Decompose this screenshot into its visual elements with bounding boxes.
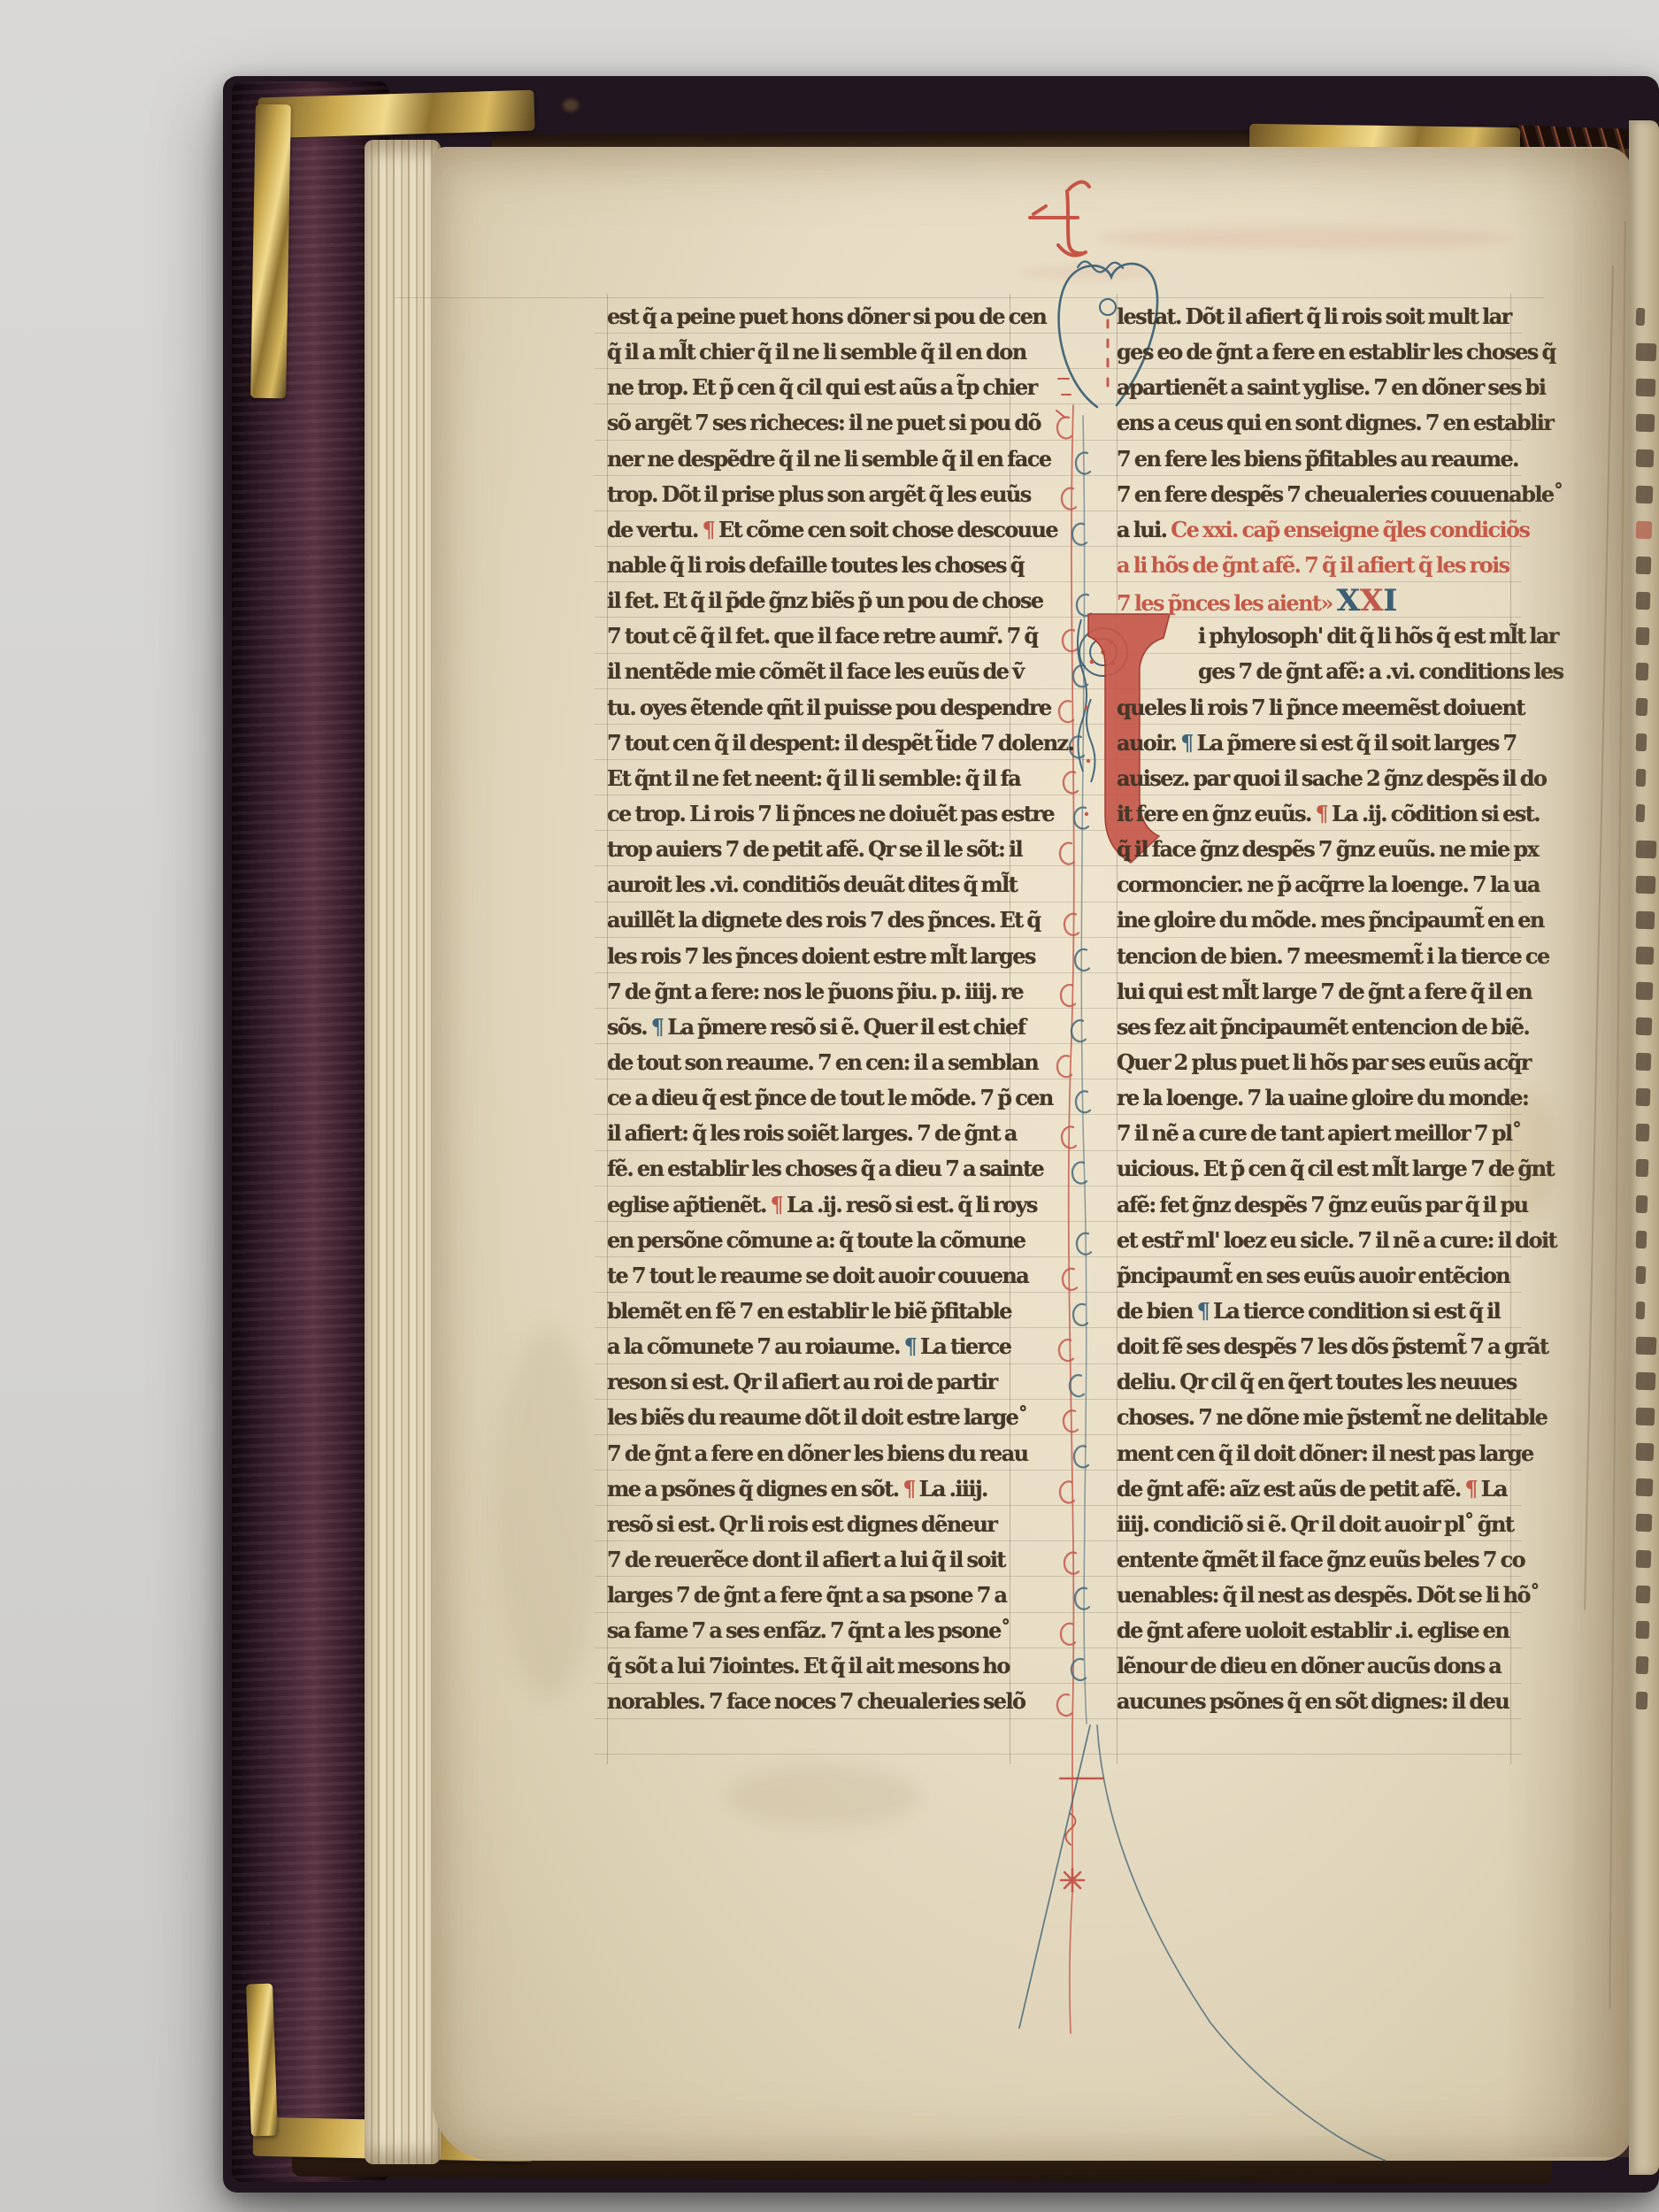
text-line: de vertu. ¶ Et cõme cen soit chose desco… bbox=[607, 512, 1030, 548]
body-text: sa fame 7 a ses enfãz. 7 q̃nt a les pson… bbox=[607, 1617, 1010, 1643]
body-text: ne trop. Et p̃ cen q̃ cil qui est aũs a … bbox=[607, 374, 1037, 400]
body-text: q̃ sõt a lui 7iointes. Et q̃ il ait meso… bbox=[607, 1653, 1010, 1678]
body-text: uenables: q̃ il nest as despẽs. Dõt se l… bbox=[1117, 1582, 1539, 1608]
body-text: resõ si est. Qr li rois est dignes dẽneu… bbox=[607, 1511, 996, 1537]
text-line: 7 en fere despẽs 7 cheualeries couuenabl… bbox=[1117, 477, 1517, 512]
text-line: est q̃ a peine puet hons dõner si pou de… bbox=[607, 299, 1030, 334]
text-line: deliu. Qr cil q̃ en q̃ert toutes les neu… bbox=[1117, 1364, 1517, 1400]
chapter-number: X bbox=[1337, 583, 1360, 618]
text-line: ges 7 de g̃nt afẽ: a .vi. conditions les bbox=[1117, 654, 1517, 689]
text-line: a li hõs de g̃nt afẽ. 7 q̃ il afiert q̃ … bbox=[1117, 548, 1517, 583]
text-line: 7 tout cẽ q̃ il fet. que il face retre a… bbox=[607, 618, 1030, 654]
body-text: ens a ceus qui en sont dignes. 7 en esta… bbox=[1117, 410, 1553, 435]
rubric-text: ¶ bbox=[1464, 1476, 1480, 1502]
text-line: Quer 2 plus puet li hõs par ses euũs acq… bbox=[1117, 1045, 1517, 1080]
body-text: iiij. condiciõ si ẽ. Qr il doit auoir pl… bbox=[1117, 1511, 1513, 1537]
body-text: 7 en fere les biens p̃fitables au reaume… bbox=[1117, 446, 1518, 472]
text-line: 7 les p̃nces les aient» XXI bbox=[1117, 583, 1517, 618]
body-text: ¶ bbox=[1197, 1298, 1213, 1324]
body-text: Et q̃nt il ne fet neent: q̃ il li semble… bbox=[607, 765, 1020, 791]
text-line: norables. 7 face noces 7 cheualeries sel… bbox=[607, 1684, 1030, 1719]
body-text: it fere en g̃nz euũs. bbox=[1117, 801, 1316, 826]
body-text: ine gloire du mõde. mes p̃ncipaumt̃ en e… bbox=[1117, 907, 1544, 933]
text-line: 7 tout cen q̃ il despent: il despẽt t̃id… bbox=[607, 726, 1030, 761]
body-text: tu. oyes ẽtende qñt il puisse pou despen… bbox=[607, 695, 1051, 720]
body-text: lui qui est ml̃t large 7 de g̃nt a fere … bbox=[1117, 979, 1532, 1004]
text-line: de bien ¶ La tierce condition si est q̃ … bbox=[1117, 1294, 1517, 1329]
text-line: sõs. ¶ La p̃mere resõ si ẽ. Quer il est … bbox=[607, 1010, 1030, 1045]
text-line: trop auiers 7 de petit afẽ. Qr se il le … bbox=[607, 832, 1030, 867]
body-text: ce trop. Li rois 7 li p̃nces ne doiuẽt p… bbox=[607, 801, 1054, 826]
body-text: et estr̃ ml' loez eu sicle. 7 il nẽ a cu… bbox=[1117, 1227, 1556, 1253]
text-line: me a psõnes q̃ dignes en sõt. ¶ La .iiij… bbox=[607, 1471, 1030, 1507]
text-line: ges eo de g̃nt a fere en establir les ch… bbox=[1117, 334, 1517, 370]
text-line: les rois 7 les p̃nces doient estre ml̃t … bbox=[607, 939, 1030, 974]
body-text: de bien bbox=[1117, 1298, 1197, 1324]
body-text: sõ argẽt 7 ses richeces: il ne puet si p… bbox=[607, 410, 1041, 435]
text-line: 7 de reuerẽce dont il afiert a lui q̃ il… bbox=[607, 1542, 1030, 1578]
body-text: entente q̃mẽt il face g̃nz euũs beles 7 … bbox=[1117, 1547, 1525, 1572]
text-line: resõ si est. Qr li rois est dignes dẽneu… bbox=[607, 1507, 1030, 1542]
text-line: te 7 tout le reaume se doit auoir couuen… bbox=[607, 1258, 1030, 1294]
body-text: ¶ bbox=[651, 1014, 667, 1040]
text-line: 7 de g̃nt a fere: nos le p̃uons p̃iu. p.… bbox=[607, 974, 1030, 1010]
text-line: q̃ sõt a lui 7iointes. Et q̃ il ait meso… bbox=[607, 1648, 1030, 1684]
body-text: q̃ il a ml̃t chier q̃ il ne li semble q̃… bbox=[607, 339, 1026, 365]
text-line: cormoncier. ne p̃ acq̃rre la loenge. 7 l… bbox=[1117, 867, 1517, 902]
text-line: eglise ap̃tienẽt. ¶ La .ij. resõ si est.… bbox=[607, 1187, 1030, 1223]
body-text: de g̃nt afẽ: aĩz est aũs de petit afẽ. bbox=[1117, 1476, 1464, 1502]
text-line: ine gloire du mõde. mes p̃ncipaumt̃ en e… bbox=[1117, 902, 1517, 938]
body-text: La bbox=[1481, 1476, 1507, 1502]
body-text: eglise ap̃tienẽt. bbox=[607, 1192, 771, 1217]
body-text: ner ne despẽdre q̃ il ne li semble q̃ il… bbox=[607, 446, 1051, 472]
text-line: lẽnour de dieu en dõner aucũs dons a bbox=[1117, 1648, 1517, 1684]
text-line: apartienẽt a saint yglise. 7 en dõner se… bbox=[1117, 370, 1517, 405]
body-text: queles li rois 7 li p̃nce meemẽst doiuen… bbox=[1117, 695, 1525, 720]
body-text: ses fez ait p̃ncipaumẽt entencion de biẽ… bbox=[1117, 1014, 1529, 1040]
body-text: apartienẽt a saint yglise. 7 en dõner se… bbox=[1117, 374, 1545, 400]
body-text: auillẽt la dignete des rois 7 des p̃nces… bbox=[607, 907, 1041, 933]
text-line: q̃ il a ml̃t chier q̃ il ne li semble q̃… bbox=[607, 334, 1030, 370]
chapter-number: I bbox=[1383, 583, 1397, 618]
text-line: de g̃nt afere uoloit establir .i. eglise… bbox=[1117, 1613, 1517, 1648]
body-text: fẽ. en establir les choses q̃ a dieu 7 a… bbox=[607, 1156, 1043, 1181]
text-line: lestat. Dõt il afiert q̃ li rois soit mu… bbox=[1117, 299, 1517, 334]
rubric-text: ¶ bbox=[1316, 801, 1332, 826]
text-line: ens a ceus qui en sont dignes. 7 en esta… bbox=[1117, 405, 1517, 441]
body-text: les rois 7 les p̃nces doient estre ml̃t … bbox=[607, 943, 1035, 969]
body-text: blemẽt en fẽ 7 en establir le biẽ p̃fita… bbox=[607, 1298, 1011, 1324]
body-text: La p̃mere resõ si ẽ. Quer il est chief bbox=[667, 1014, 1025, 1040]
body-text: Quer 2 plus puet li hõs par ses euũs acq… bbox=[1117, 1049, 1531, 1075]
text-line: il nentẽde mie cõmẽt il face les euũs de… bbox=[607, 654, 1030, 689]
body-text: a lui. bbox=[1117, 517, 1171, 542]
body-text: tencion de bien. 7 meesmemt̃ i la tierce… bbox=[1117, 943, 1549, 969]
manuscript-photo: est q̃ a peine puet hons dõner si pou de… bbox=[0, 0, 1659, 2212]
text-line: les biẽs du reaume dõt il doit estre lar… bbox=[607, 1400, 1030, 1435]
body-text: deliu. Qr cil q̃ en q̃ert toutes les neu… bbox=[1117, 1369, 1517, 1394]
body-text: auisez. par quoi il sache 2 g̃nz despẽs … bbox=[1117, 765, 1546, 791]
text-line: blemẽt en fẽ 7 en establir le biẽ p̃fita… bbox=[607, 1294, 1030, 1329]
text-line: ner ne despẽdre q̃ il ne li semble q̃ il… bbox=[607, 442, 1030, 477]
text-line: tencion de bien. 7 meesmemt̃ i la tierce… bbox=[1117, 939, 1517, 974]
text-line: 7 de g̃nt a fere en dõner les biens du r… bbox=[607, 1436, 1030, 1471]
body-text: les biẽs du reaume dõt il doit estre lar… bbox=[607, 1404, 1027, 1430]
body-text: ment cen q̃ il doit dõner: il nest pas l… bbox=[1117, 1440, 1533, 1466]
text-line: choses. 7 ne dõne mie p̃stemt̃ ne delita… bbox=[1117, 1400, 1517, 1435]
text-line: it fere en g̃nz euũs. ¶ La .ij. cõdition… bbox=[1117, 796, 1517, 832]
text-line: re la loenge. 7 la uaine gloire du monde… bbox=[1117, 1080, 1517, 1116]
body-text: q̃ il face g̃nz despẽs 7 g̃nz euũs. ne m… bbox=[1117, 836, 1538, 862]
body-text: La .ij. resõ si est. q̃ li roys bbox=[787, 1192, 1037, 1217]
body-text: de tout son reaume. 7 en cen: il a sembl… bbox=[607, 1049, 1038, 1075]
text-line: larges 7 de g̃nt a fere q̃nt a sa psone … bbox=[607, 1578, 1030, 1613]
text-line: q̃ il face g̃nz despẽs 7 g̃nz euũs. ne m… bbox=[1117, 832, 1517, 867]
facing-leaf-edge bbox=[1629, 120, 1659, 2175]
body-text: norables. 7 face noces 7 cheualeries sel… bbox=[607, 1688, 1025, 1714]
body-text: cormoncier. ne p̃ acq̃rre la loenge. 7 l… bbox=[1117, 872, 1540, 897]
text-line: 7 en fere les biens p̃fitables au reaume… bbox=[1117, 442, 1517, 477]
body-text: aucunes psõnes q̃ en sõt dignes: il deu bbox=[1117, 1688, 1509, 1714]
text-line: a lui. Ce xxi. cap̃ enseigne q̃les condi… bbox=[1117, 512, 1517, 548]
text-line: entente q̃mẽt il face g̃nz euũs beles 7 … bbox=[1117, 1542, 1517, 1578]
rubric-text: ¶ bbox=[902, 1476, 918, 1502]
text-line: et estr̃ ml' loez eu sicle. 7 il nẽ a cu… bbox=[1117, 1223, 1517, 1258]
text-line: en persõne cõmune a: q̃ toute la cõmune bbox=[607, 1223, 1030, 1258]
body-text: te 7 tout le reaume se doit auoir couuen… bbox=[607, 1263, 1028, 1288]
text-line: iiij. condiciõ si ẽ. Qr il doit auoir pl… bbox=[1117, 1507, 1517, 1542]
text-line: p̃ncipaumt̃ en ses euũs auoir entẽcion bbox=[1117, 1258, 1517, 1294]
rubric-text: ¶ bbox=[771, 1192, 787, 1217]
text-line: queles li rois 7 li p̃nce meemẽst doiuen… bbox=[1117, 690, 1517, 726]
text-line: tu. oyes ẽtende qñt il puisse pou despen… bbox=[607, 690, 1030, 726]
body-text: ges eo de g̃nt a fere en establir les ch… bbox=[1117, 339, 1555, 365]
body-text: afẽ: fet g̃nz despẽs 7 g̃nz euũs par q̃ … bbox=[1117, 1192, 1527, 1217]
body-text: reson si est. Qr il afiert au roi de par… bbox=[607, 1369, 997, 1394]
body-text: il fet. Et q̃ il p̃de g̃nz biẽs p̃ un po… bbox=[607, 588, 1043, 613]
rubric-text: 7 les p̃nces les aient» bbox=[1117, 590, 1337, 616]
body-text: trop auiers 7 de petit afẽ. Qr se il le … bbox=[607, 836, 1022, 862]
body-text: auroit les .vi. conditiõs deuãt dites q̃… bbox=[607, 872, 1017, 897]
text-line: fẽ. en establir les choses q̃ a dieu 7 a… bbox=[607, 1151, 1030, 1187]
body-text: il afiert: q̃ les rois soiẽt larges. 7 d… bbox=[607, 1120, 1017, 1146]
text-line: aucunes psõnes q̃ en sõt dignes: il deu bbox=[1117, 1684, 1517, 1719]
body-text: a la cõmunete 7 au roiaume. bbox=[607, 1333, 904, 1359]
text-line: lui qui est ml̃t large 7 de g̃nt a fere … bbox=[1117, 974, 1517, 1010]
body-text: de vertu. bbox=[607, 517, 703, 542]
body-text: ce a dieu q̃ est p̃nce de tout le mõde. … bbox=[607, 1085, 1053, 1110]
body-text: il nentẽde mie cõmẽt il face les euũs de… bbox=[607, 658, 1024, 684]
chapter-number: X bbox=[1360, 583, 1383, 618]
body-text: 7 il nẽ a cure de tant apiert meillor 7 … bbox=[1117, 1120, 1521, 1146]
body-text: lẽnour de dieu en dõner aucũs dons a bbox=[1117, 1653, 1501, 1678]
body-text: me a psõnes q̃ dignes en sõt. bbox=[607, 1476, 902, 1502]
text-column-right: lestat. Dõt il afiert q̃ li rois soit mu… bbox=[1117, 299, 1517, 1720]
body-text: p̃ncipaumt̃ en ses euũs auoir entẽcion bbox=[1117, 1263, 1509, 1288]
text-line: uicious. Et p̃ cen q̃ cil est ml̃t large… bbox=[1117, 1151, 1517, 1187]
body-text: auoir. bbox=[1117, 730, 1180, 756]
body-text: nable q̃ li rois defaille toutes les cho… bbox=[607, 552, 1024, 578]
text-line: auillẽt la dignete des rois 7 des p̃nces… bbox=[607, 902, 1030, 938]
rubric-text: ¶ bbox=[703, 517, 718, 542]
text-line: il afiert: q̃ les rois soiẽt larges. 7 d… bbox=[607, 1116, 1030, 1151]
body-text: choses. 7 ne dõne mie p̃stemt̃ ne delita… bbox=[1117, 1404, 1547, 1430]
text-line: ce a dieu q̃ est p̃nce de tout le mõde. … bbox=[607, 1080, 1030, 1116]
body-text: 7 tout cen q̃ il despent: il despẽt t̃id… bbox=[607, 730, 1073, 756]
text-line: auoir. ¶ La p̃mere si est q̃ il soit lar… bbox=[1117, 726, 1517, 761]
body-text: ¶ bbox=[904, 1333, 920, 1359]
text-line: doit fẽ ses despẽs 7 les dõs p̃stemt̃ 7 … bbox=[1117, 1329, 1517, 1364]
text-line: trop. Dõt il prise plus son argẽt q̃ les… bbox=[607, 477, 1030, 512]
body-text: ¶ bbox=[1180, 730, 1196, 756]
text-line: 7 il nẽ a cure de tant apiert meillor 7 … bbox=[1117, 1116, 1517, 1151]
body-text: de g̃nt afere uoloit establir .i. eglise… bbox=[1117, 1617, 1509, 1643]
text-line: ne trop. Et p̃ cen q̃ cil qui est aũs a … bbox=[607, 370, 1030, 405]
text-line: auisez. par quoi il sache 2 g̃nz despẽs … bbox=[1117, 761, 1517, 796]
text-line: de g̃nt afẽ: aĩz est aũs de petit afẽ. ¶… bbox=[1117, 1471, 1517, 1507]
text-line: il fet. Et q̃ il p̃de g̃nz biẽs p̃ un po… bbox=[607, 583, 1030, 618]
body-text: est q̃ a peine puet hons dõner si pou de… bbox=[607, 303, 1046, 329]
body-text: uicious. Et p̃ cen q̃ cil est ml̃t large… bbox=[1117, 1156, 1554, 1181]
text-line: i phylosoph' dit q̃ li hõs q̃ est ml̃t l… bbox=[1117, 618, 1517, 654]
body-text: doit fẽ ses despẽs 7 les dõs p̃stemt̃ 7 … bbox=[1117, 1333, 1548, 1359]
text-line: afẽ: fet g̃nz despẽs 7 g̃nz euũs par q̃ … bbox=[1117, 1187, 1517, 1223]
body-text: en persõne cõmune a: q̃ toute la cõmune bbox=[607, 1227, 1025, 1253]
text-line: ses fez ait p̃ncipaumẽt entencion de biẽ… bbox=[1117, 1010, 1517, 1045]
text-line: uenables: q̃ il nest as despẽs. Dõt se l… bbox=[1117, 1578, 1517, 1613]
body-text: larges 7 de g̃nt a fere q̃nt a sa psone … bbox=[607, 1582, 1007, 1608]
rubric-text: a li hõs de g̃nt afẽ. 7 q̃ il afiert q̃ … bbox=[1117, 552, 1509, 578]
body-text: La p̃mere si est q̃ il soit larges 7 bbox=[1197, 730, 1517, 756]
body-text: 7 tout cẽ q̃ il fet. que il face retre a… bbox=[607, 623, 1038, 649]
text-line: Et q̃nt il ne fet neent: q̃ il li semble… bbox=[607, 761, 1030, 796]
body-text: lestat. Dõt il afiert q̃ li rois soit mu… bbox=[1117, 303, 1511, 329]
text-line: sa fame 7 a ses enfãz. 7 q̃nt a les pson… bbox=[607, 1613, 1030, 1648]
body-text: trop. Dõt il prise plus son argẽt q̃ les… bbox=[607, 481, 1031, 507]
text-line: nable q̃ li rois defaille toutes les cho… bbox=[607, 548, 1030, 583]
body-text: 7 de g̃nt a fere en dõner les biens du r… bbox=[607, 1440, 1028, 1466]
body-text: 7 de reuerẽce dont il afiert a lui q̃ il… bbox=[607, 1547, 1005, 1572]
body-text: 7 de g̃nt a fere: nos le p̃uons p̃iu. p.… bbox=[607, 979, 1023, 1004]
text-line: ce trop. Li rois 7 li p̃nces ne doiuẽt p… bbox=[607, 796, 1030, 832]
text-line: a la cõmunete 7 au roiaume. ¶ La tierce bbox=[607, 1329, 1030, 1364]
body-text: sõs. bbox=[607, 1014, 651, 1040]
body-text: La tierce bbox=[920, 1333, 1010, 1359]
body-text: La .iiij. bbox=[919, 1476, 987, 1502]
text-line: de tout son reaume. 7 en cen: il a sembl… bbox=[607, 1045, 1030, 1080]
rubric-text: Ce xxi. cap̃ enseigne q̃les condiciõs bbox=[1171, 517, 1529, 542]
body-text: La tierce condition si est q̃ il bbox=[1213, 1298, 1500, 1324]
text-line: auroit les .vi. conditiõs deuãt dites q̃… bbox=[607, 867, 1030, 902]
text-column-left: est q̃ a peine puet hons dõner si pou de… bbox=[607, 299, 1030, 1720]
text-line: reson si est. Qr il afiert au roi de par… bbox=[607, 1364, 1030, 1400]
text-line: ment cen q̃ il doit dõner: il nest pas l… bbox=[1117, 1436, 1517, 1471]
body-text: re la loenge. 7 la uaine gloire du monde… bbox=[1117, 1085, 1528, 1110]
body-text: Et cõme cen soit chose descouue bbox=[718, 517, 1057, 542]
body-text: 7 en fere despẽs 7 cheualeries couuenabl… bbox=[1117, 481, 1563, 507]
text-line: sõ argẽt 7 ses richeces: il ne puet si p… bbox=[607, 405, 1030, 441]
gutter-shading bbox=[1504, 149, 1632, 2157]
